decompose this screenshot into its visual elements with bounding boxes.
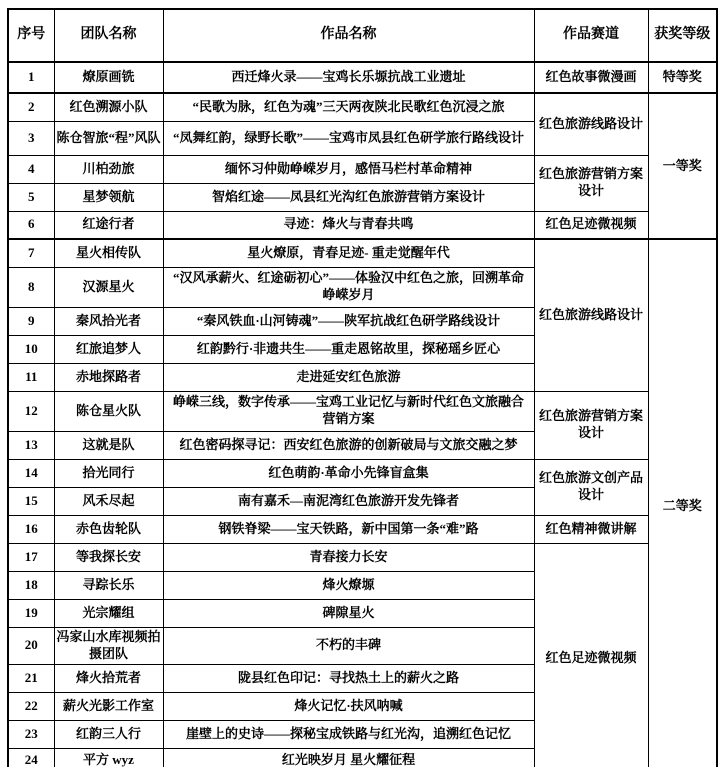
table-row: 1燎原画铣西迁烽火录——宝鸡长乐塬抗战工业遗址红色故事微漫画特等奖 [8, 62, 717, 93]
work-name-cell: 碑隙星火 [163, 599, 534, 627]
work-name-cell: 陇县红色印记：寻找热土上的薪火之路 [163, 664, 534, 692]
team-name-cell: 平方 wyz [54, 748, 163, 767]
work-name-cell: “秦风铁血·山河铸魂”——陕军抗战红色研学路线设计 [163, 307, 534, 335]
row-number-cell: 12 [8, 391, 54, 431]
team-name-cell: 陈仓星火队 [54, 391, 163, 431]
work-name-cell: “民歌为脉，红色为魂”三天两夜陕北民歌红色沉浸之旅 [163, 93, 534, 121]
award-cell: 一等奖 [648, 93, 717, 239]
team-name-cell: 星梦领航 [54, 183, 163, 211]
work-name-cell: 钢铁脊梁——宝天铁路，新中国第一条“难”路 [163, 515, 534, 543]
row-number-cell: 2 [8, 93, 54, 121]
row-number-cell: 13 [8, 431, 54, 459]
row-number-cell: 21 [8, 664, 54, 692]
team-name-cell: 秦风拾光者 [54, 307, 163, 335]
work-name-cell: 崖壁上的史诗——探秘宝成铁路与红光沟，追溯红色记忆 [163, 720, 534, 748]
row-number-cell: 3 [8, 121, 54, 155]
work-name-cell: 寻迹：烽火与青春共鸣 [163, 211, 534, 239]
table-row: 16赤色齿轮队钢铁脊梁——宝天铁路，新中国第一条“难”路红色精神微讲解 [8, 515, 717, 543]
team-name-cell: 拾光同行 [54, 459, 163, 487]
team-name-cell: 燎原画铣 [54, 62, 163, 93]
row-number-cell: 17 [8, 543, 54, 571]
work-name-cell: 西迁烽火录——宝鸡长乐塬抗战工业遗址 [163, 62, 534, 93]
row-number-cell: 23 [8, 720, 54, 748]
track-cell: 红色旅游线路设计 [534, 239, 648, 391]
work-name-cell: 烽火记忆·扶风呐喊 [163, 692, 534, 720]
table-row: 2红色溯源小队“民歌为脉，红色为魂”三天两夜陕北民歌红色沉浸之旅红色旅游线路设计… [8, 93, 717, 121]
col-header-award: 获奖等级 [648, 9, 717, 62]
row-number-cell: 10 [8, 335, 54, 363]
row-number-cell: 24 [8, 748, 54, 767]
team-name-cell: 红旅追梦人 [54, 335, 163, 363]
team-name-cell: 汉源星火 [54, 267, 163, 307]
work-name-cell: “汉风承薪火、红途砺初心”——体验汉中红色之旅，回溯革命峥嵘岁月 [163, 267, 534, 307]
team-name-cell: 红韵三人行 [54, 720, 163, 748]
team-name-cell: 赤色齿轮队 [54, 515, 163, 543]
track-cell: 红色旅游文创产品设计 [534, 459, 648, 515]
row-number-cell: 8 [8, 267, 54, 307]
table-row: 14拾光同行红色萌韵·革命小先锋盲盒集红色旅游文创产品设计 [8, 459, 717, 487]
row-number-cell: 18 [8, 571, 54, 599]
table-row: 12陈仓星火队峥嵘三线，数字传承——宝鸡工业记忆与新时代红色文旅融合营销方案红色… [8, 391, 717, 431]
team-name-cell: 等我探长安 [54, 543, 163, 571]
awards-table: 序号团队名称作品名称作品赛道获奖等级 1燎原画铣西迁烽火录——宝鸡长乐塬抗战工业… [7, 8, 718, 767]
team-name-cell: 陈仓智旅“程”风队 [54, 121, 163, 155]
track-cell: 红色旅游营销方案设计 [534, 391, 648, 459]
row-number-cell: 11 [8, 363, 54, 391]
work-name-cell: 红色萌韵·革命小先锋盲盒集 [163, 459, 534, 487]
row-number-cell: 19 [8, 599, 54, 627]
team-name-cell: 烽火拾荒者 [54, 664, 163, 692]
team-name-cell: 这就是队 [54, 431, 163, 459]
work-name-cell: 红色密码探寻记：西安红色旅游的创新破局与文旅交融之梦 [163, 431, 534, 459]
track-cell: 红色旅游线路设计 [534, 93, 648, 155]
team-name-cell: 光宗耀组 [54, 599, 163, 627]
row-number-cell: 1 [8, 62, 54, 93]
table-row: 17等我探长安青春接力长安红色足迹微视频 [8, 543, 717, 571]
row-number-cell: 20 [8, 627, 54, 664]
col-header-team: 团队名称 [54, 9, 163, 62]
row-number-cell: 14 [8, 459, 54, 487]
work-name-cell: 红光映岁月 星火耀征程 [163, 748, 534, 767]
work-name-cell: 缅怀习仲勋峥嵘岁月，感悟马栏村革命精神 [163, 155, 534, 183]
team-name-cell: 红色溯源小队 [54, 93, 163, 121]
table-body: 1燎原画铣西迁烽火录——宝鸡长乐塬抗战工业遗址红色故事微漫画特等奖2红色溯源小队… [8, 62, 717, 767]
table-row: 7星火相传队星火燎原，青春足迹- 重走觉醒年代红色旅游线路设计二等奖 [8, 239, 717, 267]
track-cell: 红色精神微讲解 [534, 515, 648, 543]
work-name-cell: 红韵黔行·非遗共生——重走恩铭故里，探秘瑶乡匠心 [163, 335, 534, 363]
team-name-cell: 红途行者 [54, 211, 163, 239]
track-cell: 红色故事微漫画 [534, 62, 648, 93]
team-name-cell: 星火相传队 [54, 239, 163, 267]
work-name-cell: 南有嘉禾—南泥湾红色旅游开发先锋者 [163, 487, 534, 515]
work-name-cell: 峥嵘三线，数字传承——宝鸡工业记忆与新时代红色文旅融合营销方案 [163, 391, 534, 431]
award-cell: 特等奖 [648, 62, 717, 93]
team-name-cell: 风禾尽起 [54, 487, 163, 515]
row-number-cell: 15 [8, 487, 54, 515]
team-name-cell: 寻踪长乐 [54, 571, 163, 599]
row-number-cell: 9 [8, 307, 54, 335]
team-name-cell: 冯家山水库视频拍摄团队 [54, 627, 163, 664]
row-number-cell: 7 [8, 239, 54, 267]
team-name-cell: 赤地探路者 [54, 363, 163, 391]
work-name-cell: 智焰红途——凤县红光沟红色旅游营销方案设计 [163, 183, 534, 211]
row-number-cell: 16 [8, 515, 54, 543]
row-number-cell: 4 [8, 155, 54, 183]
team-name-cell: 川柏劲旅 [54, 155, 163, 183]
table-row: 4川柏劲旅缅怀习仲勋峥嵘岁月，感悟马栏村革命精神红色旅游营销方案设计 [8, 155, 717, 183]
work-name-cell: 不朽的丰碑 [163, 627, 534, 664]
table-header: 序号团队名称作品名称作品赛道获奖等级 [8, 9, 717, 62]
col-header-index: 序号 [8, 9, 54, 62]
work-name-cell: “凤舞红韵，绿野长歌”——宝鸡市凤县红色研学旅行路线设计 [163, 121, 534, 155]
work-name-cell: 走进延安红色旅游 [163, 363, 534, 391]
work-name-cell: 青春接力长安 [163, 543, 534, 571]
track-cell: 红色足迹微视频 [534, 211, 648, 239]
col-header-work: 作品名称 [163, 9, 534, 62]
row-number-cell: 22 [8, 692, 54, 720]
col-header-track: 作品赛道 [534, 9, 648, 62]
track-cell: 红色足迹微视频 [534, 543, 648, 767]
team-name-cell: 薪火光影工作室 [54, 692, 163, 720]
track-cell: 红色旅游营销方案设计 [534, 155, 648, 211]
work-name-cell: 烽火燎塬 [163, 571, 534, 599]
row-number-cell: 6 [8, 211, 54, 239]
row-number-cell: 5 [8, 183, 54, 211]
header-row: 序号团队名称作品名称作品赛道获奖等级 [8, 9, 717, 62]
work-name-cell: 星火燎原，青春足迹- 重走觉醒年代 [163, 239, 534, 267]
table-row: 6红途行者寻迹：烽火与青春共鸣红色足迹微视频 [8, 211, 717, 239]
award-cell: 二等奖 [648, 239, 717, 767]
